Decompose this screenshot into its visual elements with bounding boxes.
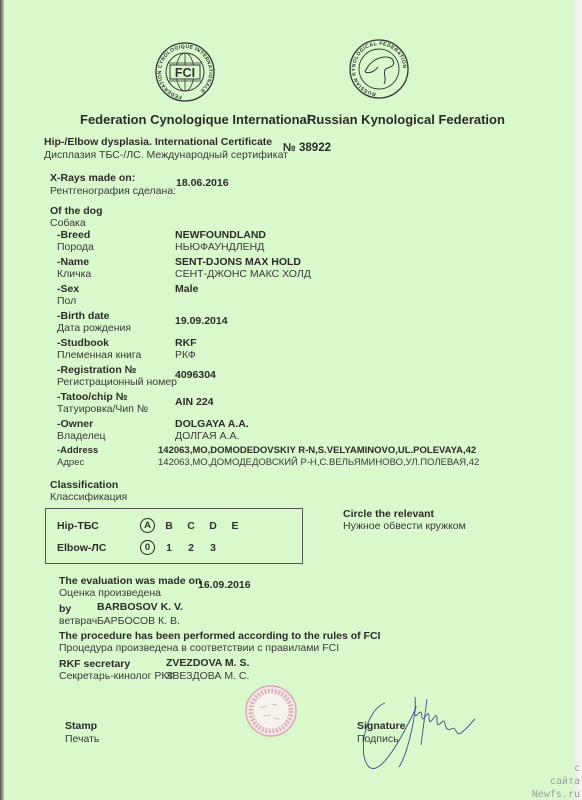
elbow-grade-2: 2 (184, 542, 198, 554)
field-value-en: Male (175, 283, 198, 295)
field-value-ru: СЕНТ-ДЖОНС МАКС ХОЛД (175, 268, 311, 280)
field-label-en: -Birth date (57, 310, 110, 322)
field-value-ru: ДОЛГАЯ А.А. (175, 430, 239, 442)
certificate-title-ru: Дисплазия ТБС-/ЛС. Международный сертифи… (44, 149, 288, 161)
field-value-ru: РКФ (175, 349, 196, 361)
field-value-en: 4096304 (175, 369, 216, 381)
hip-grade-D: D (206, 520, 220, 532)
hip-grade-C: C (184, 520, 198, 532)
procedure-text-ru: Процедура произведена в соответствии с п… (59, 642, 339, 654)
field-label-ru: Племенная книга (57, 349, 141, 361)
classification-label-en: Classification (50, 479, 118, 491)
site-watermark: с сайта Newfs.ru (532, 762, 580, 800)
field-label-ru: Дата рождения (57, 322, 131, 334)
stamp-label-ru: Печать (65, 733, 99, 745)
field-label-en: -Sex (57, 283, 79, 295)
vet-label-ru: ветврач (59, 615, 97, 627)
certificate-number: № 38922 (283, 142, 331, 154)
signature-label-en: Signature (357, 720, 405, 732)
vet-label-en: by (59, 603, 71, 615)
rkf-org-name: Russian Kynological Federation (307, 112, 505, 127)
field-value-en: RKF (175, 337, 197, 349)
fci-org-name: Federation Cynologique International (80, 112, 310, 127)
field-value-ru: 142063,МО,ДОМОДЕДОВСКИЙ Р-Н,С.ВЕЛЬЯМИНОВ… (158, 457, 479, 468)
field-label-ru: Регистрационный номер (57, 376, 177, 388)
elbow-label: Elbow-ЛС (57, 542, 106, 554)
secretary-name-ru: ЗВЕЗДОВА М. С. (166, 670, 249, 682)
scan-right-edge (573, 0, 582, 800)
evaluation-date: 16.09.2016 (198, 579, 251, 591)
field-label-ru: Порода (57, 241, 94, 253)
field-label-en: -Registration № (57, 364, 136, 376)
xray-date: 18.06.2016 (176, 177, 229, 189)
field-value-ru: НЬЮФАУНДЛЕНД (175, 241, 264, 253)
signature-label-ru: Подпись (357, 733, 399, 745)
field-value-en: NEWFOUNDLAND (175, 229, 266, 241)
svg-text:FCI: FCI (175, 66, 195, 80)
xray-label-en: X-Rays made on: (50, 172, 135, 184)
field-value-en: DOLGAYA A.A. (175, 418, 249, 430)
field-label-ru: Владелец (57, 430, 106, 442)
classification-label-ru: Классификация (50, 491, 127, 503)
field-label-en: -Address (57, 445, 98, 456)
field-label-en: -Name (57, 256, 89, 268)
hip-grade-B: B (162, 520, 176, 532)
evaluation-label-ru: Оценка произведена (59, 587, 161, 599)
vet-name-ru: БАРБОСОВ К. В. (97, 615, 180, 627)
dog-section-label-en: Of the dog (50, 205, 103, 217)
circle-note-en: Circle the relevant (343, 508, 434, 520)
circle-note-ru: Нужное обвести кружком (343, 520, 466, 532)
hip-grade-A-selected: A (140, 518, 155, 533)
field-label-ru: Адрес (57, 457, 84, 468)
hip-grade-E: E (228, 520, 242, 532)
round-seal-stamp-icon (244, 684, 298, 738)
field-value-en: 19.09.2014 (175, 315, 228, 327)
secretary-label-en: RKF secretary (59, 658, 130, 670)
stamp-label-en: Stamp (65, 720, 97, 732)
rkf-dog-head-logo-icon: RUSSIAN KYNOLOGICAL FEDERATION (348, 38, 410, 100)
elbow-grade-1: 1 (162, 542, 176, 554)
elbow-grade-3: 3 (206, 542, 220, 554)
field-label-en: -Owner (57, 418, 93, 430)
classification-box (45, 508, 303, 564)
procedure-text-en: The procedure has been performed accordi… (59, 630, 380, 642)
field-value-en: 142063,MO,DOMODEDOVSKIY R-N,S.VELYAMINOV… (158, 445, 476, 456)
dog-section-label-ru: Собака (50, 217, 86, 229)
field-label-en: -Studbook (57, 337, 109, 349)
secretary-label-ru: Секретарь-кинолог РКФ (59, 670, 175, 682)
field-label-ru: Татуировка/Чип № (57, 403, 148, 415)
field-label-en: -Tatoo/chip № (57, 391, 127, 403)
field-label-en: -Breed (57, 229, 90, 241)
evaluation-label-en: The evaluation was made on (59, 575, 201, 587)
fci-globe-logo-icon: FCI FEDERATION CYNOLOGIQUE INTERNATIONAL… (154, 40, 216, 104)
hip-label: Hip-ТБС (57, 520, 99, 532)
field-value-en: SENT-DJONS MAX HOLD (175, 256, 301, 268)
xray-label-ru: Рентгенография сделана: (50, 185, 176, 197)
field-label-ru: Кличка (57, 268, 91, 280)
vet-name-en: BARBOSOV K. V. (97, 601, 183, 613)
elbow-grade-0-selected: 0 (140, 540, 155, 555)
certificate-title-en: Hip-/Elbow dysplasia. International Cert… (44, 136, 272, 148)
field-label-ru: Пол (57, 295, 76, 307)
field-value-en: AIN 224 (175, 396, 214, 408)
secretary-name-en: ZVEZDOVA M. S. (166, 657, 249, 669)
